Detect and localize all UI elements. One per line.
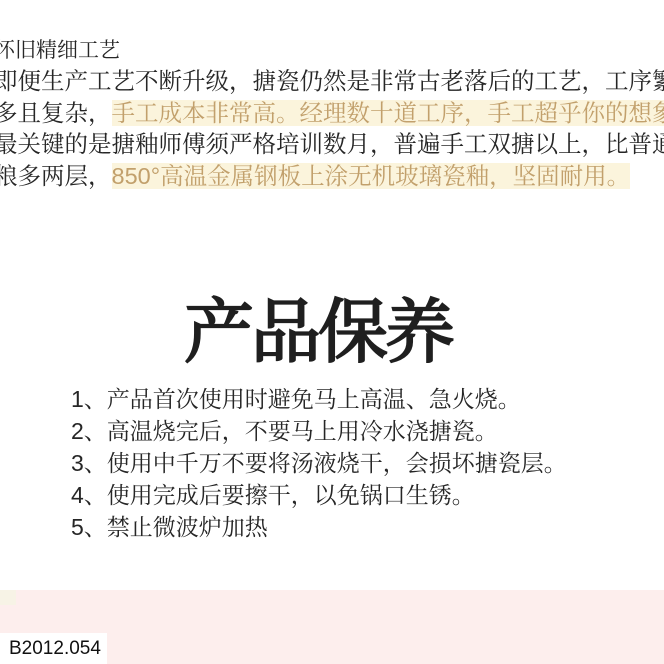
care-item-5: 5、禁止微波炉加热 <box>71 511 567 543</box>
care-item-3: 3、使用中千万不要将汤液烧干，会损坏搪瓷层。 <box>71 447 567 479</box>
footer-band: B2012.054 <box>0 590 664 664</box>
sku-code: B2012.054 <box>0 633 107 664</box>
intro-paragraph: 怀旧精细工艺 即便生产工艺不断升级，搪瓷仍然是非常古老落后的工艺，工序繁 多且复… <box>0 36 664 192</box>
intro-line-2: 多且复杂，手工成本非常高。经理数十道工序，手工超乎你的想象 <box>0 98 664 130</box>
intro-line-4: 粮多两层，850°高温金属钢板上涂无机玻璃瓷釉，坚固耐用。 <box>0 161 664 193</box>
intro-line-1: 即便生产工艺不断升级，搪瓷仍然是非常古老落后的工艺，工序繁 <box>0 66 664 98</box>
intro-line-4-gold-highlight: 850°高温金属钢板上涂无机玻璃瓷釉，坚固耐用。 <box>112 163 631 189</box>
care-item-2: 2、高温烧完后，不要马上用冷水浇搪瓷。 <box>71 415 567 447</box>
intro-line-3: 最关键的是搪釉师傅须严格培训数月，普遍手工双搪以上，比普通 <box>0 129 664 161</box>
footer-accent-square <box>0 590 16 605</box>
care-instructions-list: 1、产品首次使用时避免马上高温、急火烧。 2、高温烧完后，不要马上用冷水浇搪瓷。… <box>71 383 567 543</box>
intro-line-2-black: 多且复杂， <box>0 100 112 126</box>
intro-line-4-black: 粮多两层， <box>0 163 112 189</box>
care-item-1: 1、产品首次使用时避免马上高温、急火烧。 <box>71 383 567 415</box>
care-item-4: 4、使用完成后要擦干，以免锅口生锈。 <box>71 479 567 511</box>
product-detail-image: 怀旧精细工艺 即便生产工艺不断升级，搪瓷仍然是非常古老落后的工艺，工序繁 多且复… <box>0 0 664 664</box>
intro-line-1-text: 即便生产工艺不断升级，搪瓷仍然是非常古老落后的工艺，工序繁 <box>0 68 664 94</box>
sku-box: B2012.054 <box>0 633 107 664</box>
intro-title: 怀旧精细工艺 <box>0 36 664 66</box>
intro-line-2-gold-highlight: 手工成本非常高。经理数十道工序，手工超乎你的想象 <box>112 100 664 126</box>
intro-line-3-text: 最关键的是搪釉师傅须严格培训数月，普遍手工双搪以上，比普通 <box>0 131 664 157</box>
section-title-product-care: 产品保养 <box>0 276 650 377</box>
